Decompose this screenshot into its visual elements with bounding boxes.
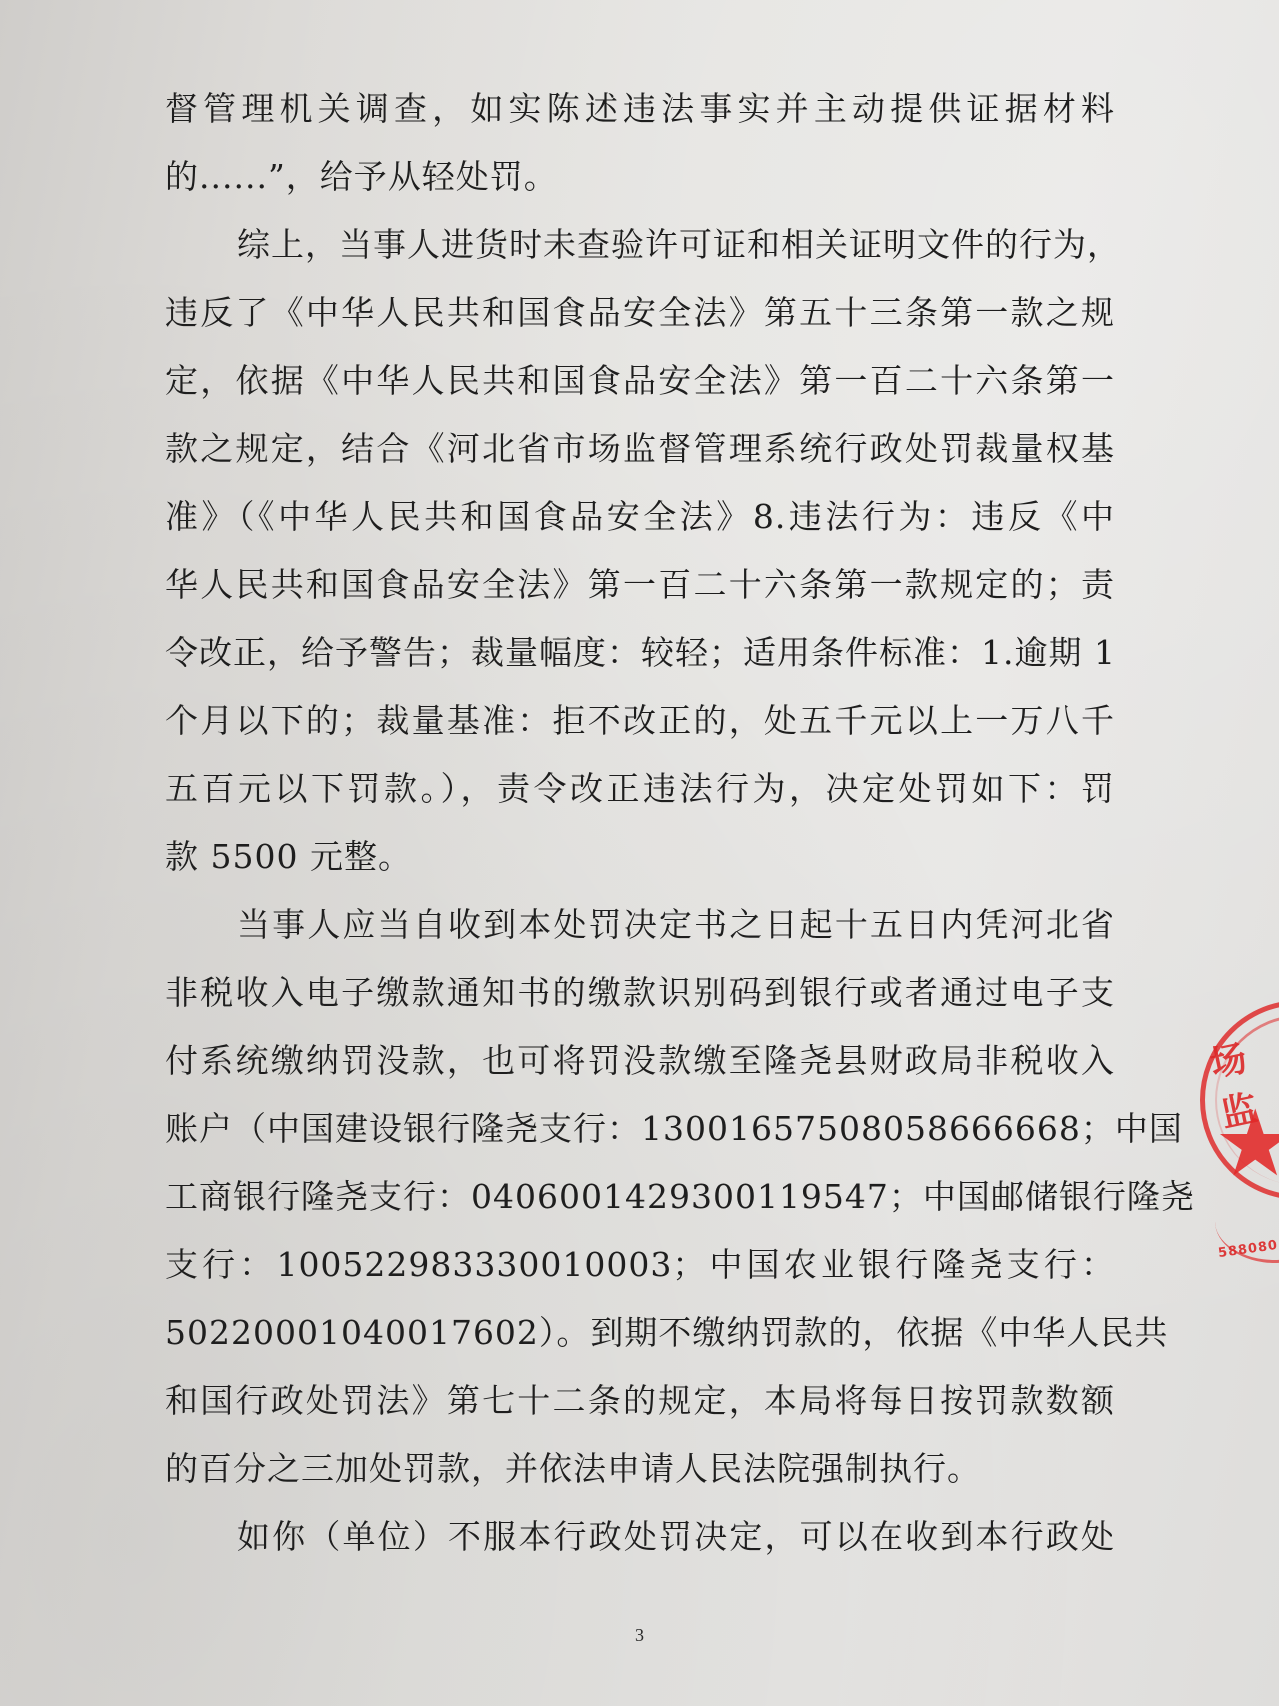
text-line: 的百分之三加处罚款，并依法申请人民法院强制执行。: [165, 1435, 1115, 1503]
text-line: 定，依据《中华人民共和国食品安全法》第一百二十六条第一: [165, 347, 1115, 415]
text-line: 违反了《中华人民共和国食品安全法》第五十三条第一款之规: [165, 279, 1115, 347]
text-line: 款之规定，结合《河北省市场监督管理系统行政处罚裁量权基: [165, 415, 1115, 483]
text-line: 个月以下的；裁量基准：拒不改正的，处五千元以上一万八千: [165, 687, 1115, 755]
text-line: 如你（单位）不服本行政处罚决定，可以在收到本行政处: [165, 1503, 1115, 1571]
text-line: 款 5500 元整。: [165, 823, 1115, 891]
document-body: 督管理机关调查，如实陈述违法事实并主动提供证据材料的......”，给予从轻处罚…: [165, 75, 1115, 1571]
text-line: 当事人应当自收到本处罚决定书之日起十五日内凭河北省: [165, 891, 1115, 959]
seal-star-icon: ★: [1214, 1098, 1279, 1190]
text-line: 综上，当事人进货时未查验许可证和相关证明文件的行为，: [165, 211, 1115, 279]
text-line: 工商银行隆尧支行：0406001429300119547；中国邮储银行隆尧: [165, 1163, 1115, 1231]
text-line: 账户（中国建设银行隆尧支行：13001657508058666668；中国: [165, 1095, 1115, 1163]
page-number: 3: [0, 1625, 1279, 1646]
text-line: 的......”，给予从轻处罚。: [165, 143, 1115, 211]
text-line: 督管理机关调查，如实陈述违法事实并主动提供证据材料: [165, 75, 1115, 143]
text-line: 华人民共和国食品安全法》第一百二十六条第一款规定的；责: [165, 551, 1115, 619]
text-line: 和国行政处罚法》第七十二条的规定，本局将每日按罚款数额: [165, 1367, 1115, 1435]
text-line: 准》（《中华人民共和国食品安全法》8.违法行为：违反《中: [165, 483, 1115, 551]
text-line: 50220001040017602）。到期不缴纳罚款的，依据《中华人民共: [165, 1299, 1115, 1367]
text-line: 付系统缴纳罚没款，也可将罚没款缴至隆尧县财政局非税收入: [165, 1027, 1115, 1095]
text-line: 令改正，给予警告；裁量幅度：较轻；适用条件标准：1.逾期 1: [165, 619, 1115, 687]
text-line: 五百元以下罚款。），责令改正违法行为，决定处罚如下：罚: [165, 755, 1115, 823]
text-line: 支行：100522983330010003；中国农业银行隆尧支行：: [165, 1231, 1115, 1299]
text-line: 非税收入电子缴款通知书的缴款识别码到银行或者通过电子支: [165, 959, 1115, 1027]
